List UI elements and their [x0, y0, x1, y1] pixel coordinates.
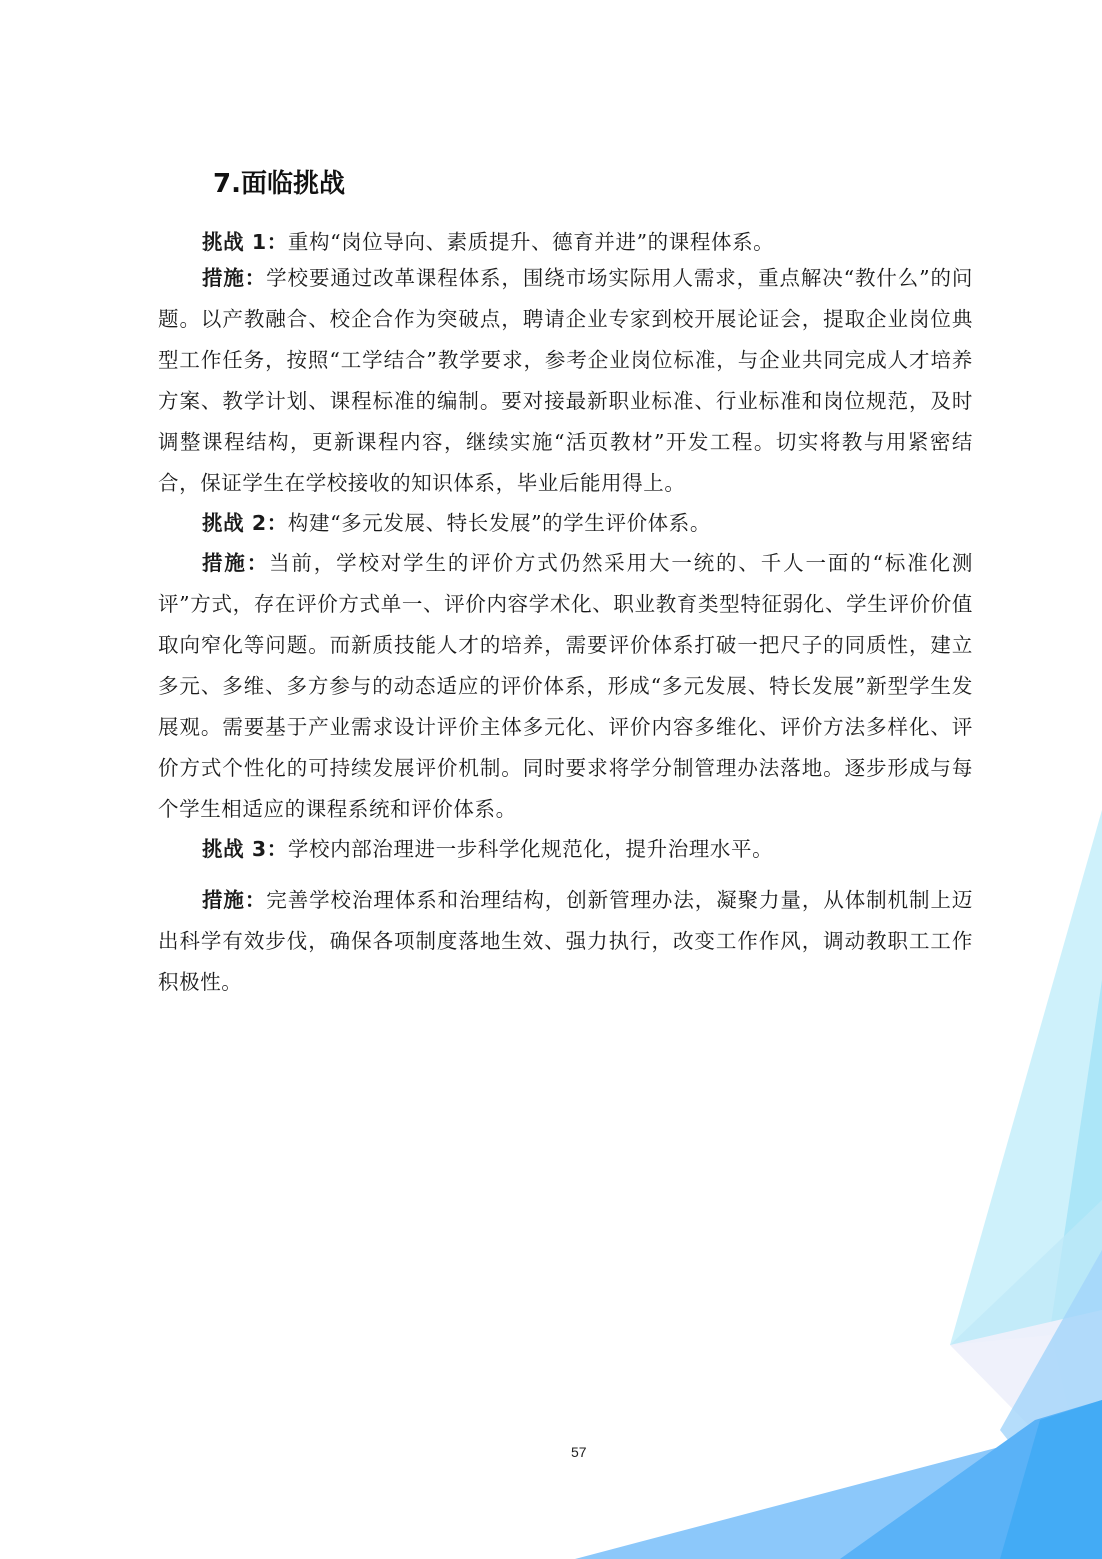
- measure-1-label: 措施：: [202, 266, 266, 290]
- measure-2-label: 措施：: [202, 551, 269, 575]
- challenge-3-text: 学校内部治理进一步科学化规范化，提升治理水平。: [288, 837, 773, 861]
- measure-1-text: 学校要通过改革课程体系，围绕市场实际用人需求，重点解决“教什么”的问题。以产教融…: [158, 266, 973, 495]
- measure-3-paragraph: 措施：完善学校治理体系和治理结构，创新管理办法，凝聚力量，从体制机制上迈出科学有…: [158, 880, 973, 1003]
- challenge-1-label: 挑战 1：: [202, 230, 288, 254]
- challenge-3-label: 挑战 3：: [202, 837, 288, 861]
- section-heading: 7.面临挑战: [213, 163, 345, 200]
- challenge-2-label: 挑战 2：: [202, 511, 288, 535]
- challenge-2-text: 构建“多元发展、特长发展”的学生评价体系。: [288, 511, 711, 535]
- challenge-2-paragraph: 挑战 2：构建“多元发展、特长发展”的学生评价体系。: [158, 503, 973, 544]
- challenge-1-text: 重构“岗位导向、素质提升、德育并进”的课程体系。: [288, 230, 774, 254]
- measure-2-text: 当前，学校对学生的评价方式仍然采用大一统的、千人一面的“标准化测评”方式，存在评…: [158, 551, 973, 821]
- measure-1-paragraph: 措施：学校要通过改革课程体系，围绕市场实际用人需求，重点解决“教什么”的问题。以…: [158, 258, 973, 504]
- measure-3-label: 措施：: [202, 888, 266, 912]
- challenge-3-paragraph: 挑战 3：学校内部治理进一步科学化规范化，提升治理水平。: [158, 829, 973, 870]
- page-number: 57: [571, 1444, 587, 1460]
- measure-2-paragraph: 措施：当前，学校对学生的评价方式仍然采用大一统的、千人一面的“标准化测评”方式，…: [158, 543, 973, 830]
- challenge-1-paragraph: 挑战 1：重构“岗位导向、素质提升、德育并进”的课程体系。: [158, 222, 973, 263]
- measure-3-text: 完善学校治理体系和治理结构，创新管理办法，凝聚力量，从体制机制上迈出科学有效步伐…: [158, 888, 973, 994]
